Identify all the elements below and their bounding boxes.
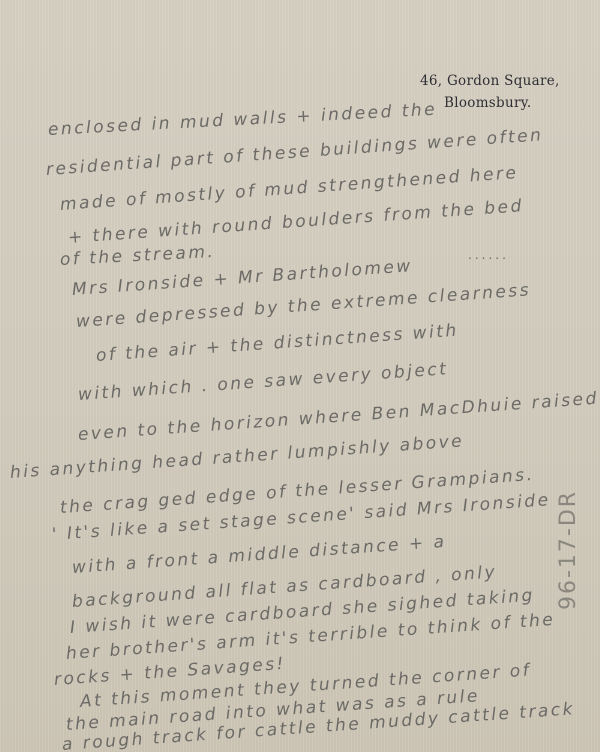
handwritten-line: enclosed in mud walls + indeed the <box>47 100 437 140</box>
handwritten-line: with which . one saw every object <box>77 359 449 405</box>
margin-annotation: 96-17-DR <box>556 490 581 610</box>
address-line-2: Bloomsbury. <box>420 92 600 114</box>
address-line-1: 46, Gordon Square, <box>420 70 600 92</box>
handwritten-line: of the air + the distinctness with <box>95 321 459 366</box>
letterhead: 46, Gordon Square, Bloomsbury. <box>420 70 600 114</box>
ellipsis-mark: ...... <box>468 248 509 262</box>
